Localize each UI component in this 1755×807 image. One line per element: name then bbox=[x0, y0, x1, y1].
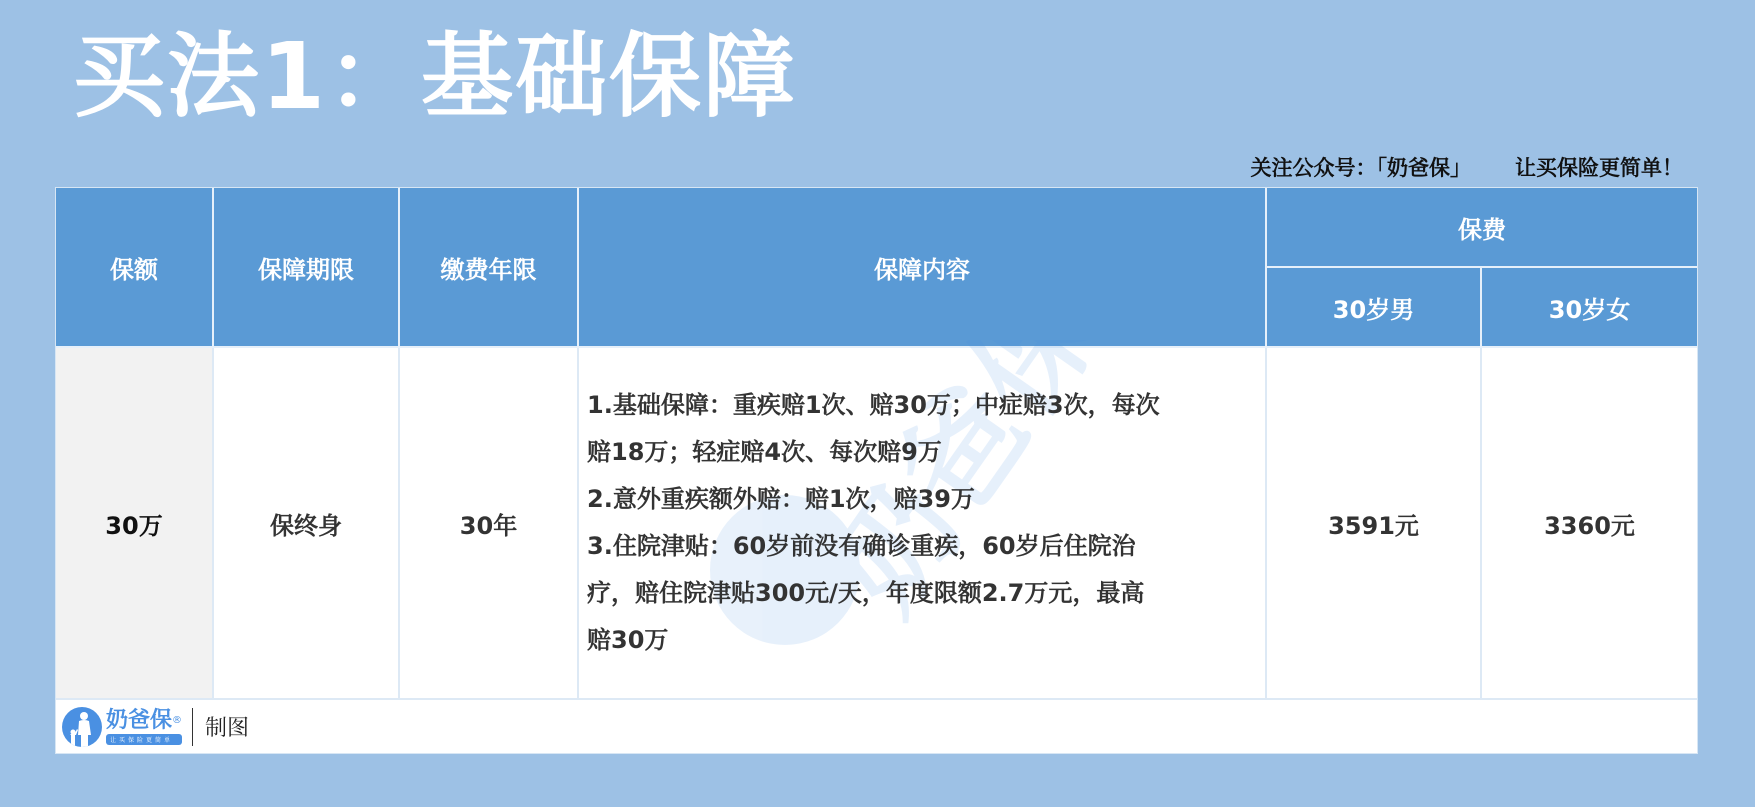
content-line: 2.意外重疾额外赔：赔1次，赔39万 bbox=[587, 476, 1160, 523]
footer: 奶爸保® 让买保险更简单 制图 bbox=[56, 700, 1697, 753]
brand-tagline: 让买保险更简单 bbox=[106, 734, 182, 745]
follow-account-text: 关注公众号：「奶爸保」 bbox=[1251, 156, 1472, 180]
content-line: 1.基础保障：重疾赔1次、赔30万；中症赔3次，每次 bbox=[587, 382, 1160, 429]
cell-payment-period: 30年 bbox=[400, 348, 579, 700]
comparison-table: 保额 保障期限 缴费年限 保障内容 保费 30岁男 30岁女 30万 保终身 3… bbox=[56, 188, 1697, 753]
content-line: 赔18万；轻症赔4次、每次赔9万 bbox=[587, 429, 1160, 476]
header-coverage-period: 保障期限 bbox=[214, 188, 400, 348]
header-premium: 保费 bbox=[1267, 188, 1697, 268]
cell-coverage-amount: 30万 bbox=[56, 348, 214, 700]
registered-mark-icon: ® bbox=[172, 715, 182, 726]
content-line: 3.住院津贴：60岁前没有确诊重疾，60岁后住院治 bbox=[587, 523, 1160, 570]
cell-coverage-period: 保终身 bbox=[214, 348, 400, 700]
content-line: 赔30万 bbox=[587, 617, 1160, 664]
header-premium-female: 30岁女 bbox=[1482, 268, 1697, 348]
page-title: 买法1：基础保障 bbox=[73, 22, 797, 132]
cell-premium-female: 3360元 bbox=[1482, 348, 1697, 700]
content-line: 疗，赔住院津贴300元/天，年度限额2.7万元，最高 bbox=[587, 570, 1160, 617]
cell-premium-male: 3591元 bbox=[1267, 348, 1482, 700]
header-coverage-amount: 保额 bbox=[56, 188, 214, 348]
tagline-text: 让买保险更简单！ bbox=[1515, 156, 1683, 180]
brand-name: 奶爸保® bbox=[106, 709, 182, 733]
header-payment-period: 缴费年限 bbox=[400, 188, 579, 348]
header-premium-male: 30岁男 bbox=[1267, 268, 1482, 348]
cell-coverage-content: 1.基础保障：重疾赔1次、赔30万；中症赔3次，每次 赔18万；轻症赔4次、每次… bbox=[579, 348, 1267, 700]
slogan: 关注公众号：「奶爸保」让买保险更简单！ bbox=[1251, 152, 1684, 182]
coverage-content-text: 1.基础保障：重疾赔1次、赔30万；中症赔3次，每次 赔18万；轻症赔4次、每次… bbox=[587, 382, 1160, 664]
brand-logo: 奶爸保® 让买保险更简单 bbox=[62, 707, 182, 747]
father-child-icon bbox=[62, 707, 102, 747]
footer-divider bbox=[192, 708, 193, 746]
header-coverage-content: 保障内容 bbox=[579, 188, 1267, 348]
footer-credit: 制图 bbox=[205, 711, 249, 742]
